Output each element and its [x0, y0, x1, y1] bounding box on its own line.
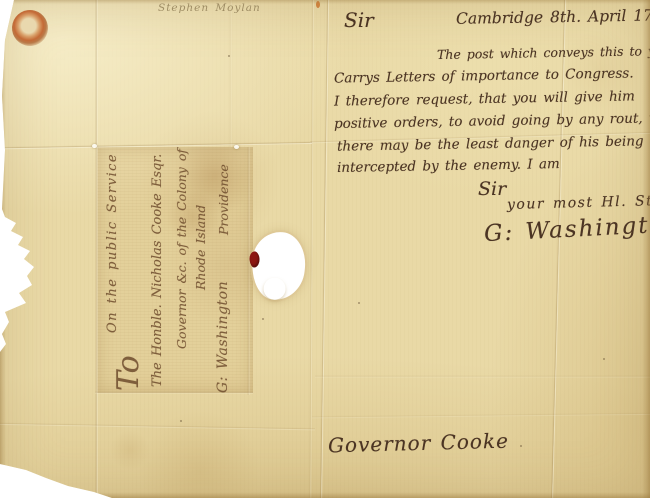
ink-speck [603, 358, 605, 360]
letter-body-line: I therefore request, that you will give … [334, 88, 635, 109]
fold-line-vertical-center-left [309, 0, 315, 498]
address-endorsement: On the public Service [105, 153, 120, 333]
letter-body-line: Carrys Letters of importance to Congress… [334, 65, 634, 86]
address-to: To [111, 355, 146, 391]
fold-line-bottom-right [312, 412, 650, 419]
address-frank-signature: G: Washington [215, 281, 231, 393]
ink-speck [228, 55, 230, 57]
wax-seal-remnant [249, 251, 261, 268]
letter-body-line: The post which conveys this to you [437, 43, 650, 62]
address-destination: Providence [216, 164, 231, 235]
letter-dateline: Cambridge 8th. April 1776 [456, 6, 650, 28]
ink-speck [520, 445, 522, 447]
fold-line-bottom-left [0, 422, 315, 430]
scanned-letter-image: Stephen Moylan Sir Cambridge 8th. April … [0, 0, 650, 498]
paper-edge-shadow-right [642, 0, 650, 498]
ink-speck [180, 420, 182, 422]
letter-salutation: Sir [344, 8, 374, 32]
ink-speck [262, 318, 264, 320]
letter-body-line: intercepted by the enemy. I am [337, 156, 560, 176]
letter-signature: G: Washington [483, 211, 650, 247]
wax-stain [8, 6, 52, 50]
address-recipient-line-1: The Honble. Nicholas Cooke Esqr. [150, 154, 165, 387]
address-block: On the public Service To The Honble. Nic… [97, 147, 253, 393]
torn-hole-lobe [263, 277, 287, 301]
ink-speck [358, 302, 360, 304]
fold-line-vertical-center [320, 0, 330, 498]
fold-line-vertical-panel-upper [229, 0, 232, 147]
pencil-inscription: Stephen Moylan [158, 2, 261, 14]
crease-line-right [315, 375, 650, 378]
docket-governor-cooke: Governor Cooke [328, 429, 509, 458]
letter-body-line: there may be the least danger of his bei… [337, 133, 644, 154]
orange-speck [316, 1, 320, 8]
letter-closing: your most Hl. St. [507, 193, 650, 213]
address-recipient-line-2: Governor &c. of the Colony of [174, 149, 189, 349]
address-rotated-text: On the public Service To The Honble. Nic… [97, 147, 253, 393]
letter-body-line: positive orders, to avoid going by any r… [334, 110, 650, 132]
letter-closing-salutation: Sir [478, 178, 506, 200]
letter-paper: Stephen Moylan Sir Cambridge 8th. April … [0, 0, 650, 498]
address-recipient-line-3: Rhode Island [193, 205, 208, 290]
